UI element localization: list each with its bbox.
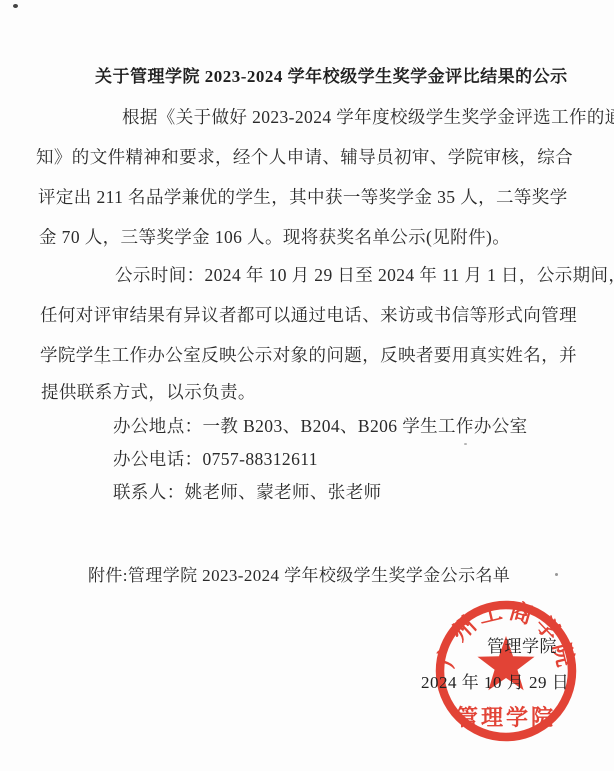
signature-date: 2024 年 10 月 29 日	[421, 668, 569, 693]
signature-unit: 管理学院	[487, 632, 557, 657]
contact-person-line: 联系人：姚老师、蒙老师、张老师	[113, 479, 382, 504]
body-line: 金 70 人，三等奖学金 106 人。现将获奖名单公示(见附件)。	[39, 224, 510, 249]
body-line: 知》的文件精神和要求，经个人申请、辅导员初审、学院审核，综合	[36, 144, 573, 169]
office-location-line: 办公地点：一教 B203、B204、B206 学生工作办公室	[113, 413, 528, 438]
seal-bottom-text: 管理学院	[456, 705, 556, 730]
body-line: 任何对评审结果有异议者都可以通过电话、来访或书信等形式向管理	[40, 302, 577, 327]
body-line: 评定出 211 名品学兼优的学生，其中获一等奖学金 35 人，二等奖学	[38, 184, 568, 209]
scan-speck	[464, 443, 467, 445]
office-phone-line: 办公电话：0757-88312611	[113, 446, 318, 471]
body-line: 根据《关于做好 2023-2024 学年度校级学生奖学金评选工作的通	[122, 104, 614, 129]
body-line: 学院学生工作办公室反映公示对象的问题，反映者要用真实姓名，并	[40, 342, 577, 367]
scan-speck	[13, 4, 18, 8]
body-line: 提供联系方式，以示负责。	[41, 379, 256, 404]
body-line: 公示时间：2024 年 10 月 29 日至 2024 年 11 月 1 日，公…	[115, 262, 614, 287]
page-title: 关于管理学院 2023-2024 学年校级学生奖学金评比结果的公示	[95, 62, 545, 87]
scanned-notice-page: 关于管理学院 2023-2024 学年校级学生奖学金评比结果的公示 根据《关于做…	[0, 0, 614, 771]
